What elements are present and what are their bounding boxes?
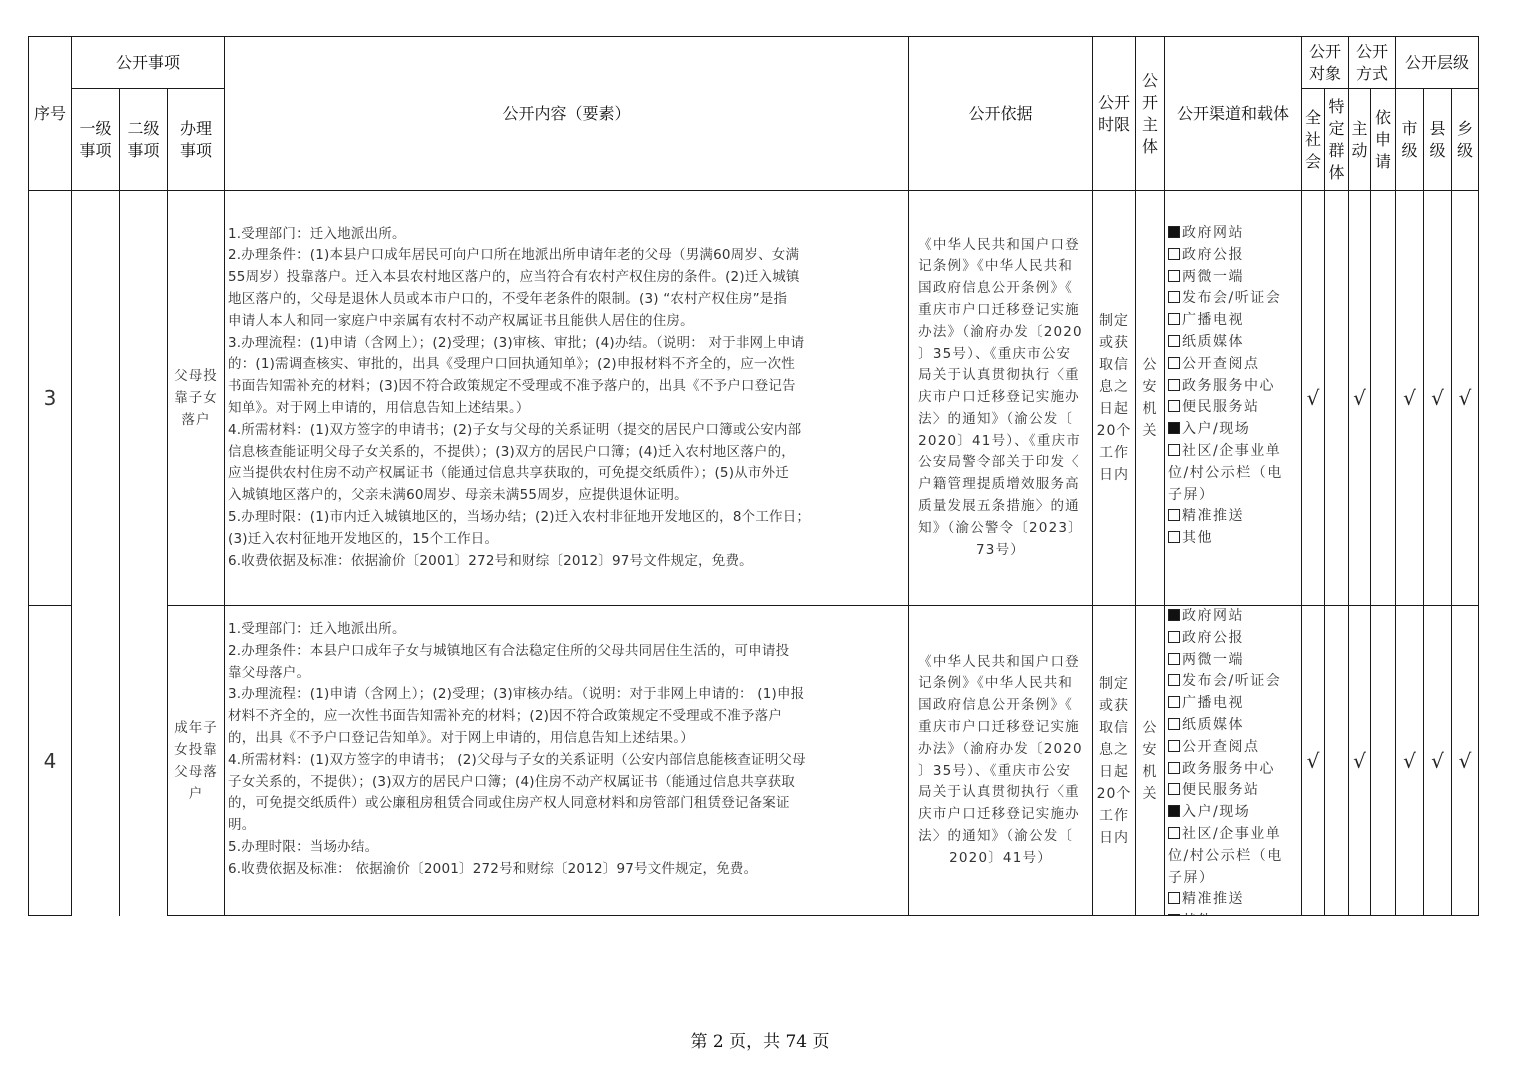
text-line: 6.收费依据及标准： 依据渝价〔2001〕272号和财综〔2012〕97号文件规… [228, 859, 905, 881]
text-line: 机 [1143, 398, 1158, 420]
text-line: 办法》（渝府办发〔2020 [918, 322, 1083, 344]
text-line: 局关于认真贯彻执行〈重 [918, 365, 1083, 387]
text-line: 庆市户口迁移登记实施办 [918, 387, 1083, 409]
header-tier-town: 乡级 [1451, 88, 1479, 191]
channel-label: 入户/现场 [1182, 804, 1250, 820]
row-3-subject-lines: 公安机关 [1143, 354, 1158, 442]
unchecked-box-icon [1168, 653, 1180, 665]
channel-label: 两微一端 [1182, 652, 1244, 668]
text-line: 质量发展五条措施〉的通 [918, 496, 1083, 518]
channel-label: 政务服务中心 [1182, 378, 1275, 394]
unchecked-box-icon [1168, 631, 1180, 643]
unchecked-box-icon [1168, 914, 1180, 916]
text-line: 或获 [1097, 332, 1132, 354]
channel-option: 两微一端 [1168, 267, 1298, 289]
unchecked-box-icon [1168, 444, 1180, 456]
channel-option: 政府网站 [1168, 223, 1298, 245]
text-line: 的，可免提交纸质件）或公廉租房租赁合同或住房产权人同意材料和房管部门租赁登记备案… [228, 793, 905, 815]
text-line: 子女关系的，不提供）；(3)双方的居民户口簿；(4)住房不动产权属证书（能通过信… [228, 772, 905, 794]
unchecked-box-icon [1168, 696, 1180, 708]
text-line: 2020〕41号） [918, 848, 1083, 870]
header-target: 公开对象 [1301, 36, 1349, 89]
channel-option: 政府公报 [1168, 245, 1298, 267]
text-line: 信息核查能证明父母子女关系的，不提供）；(3)双方的居民户口簿；(4)迁入农村地… [228, 442, 905, 464]
header-handling: 办理事项 [167, 88, 225, 191]
channel-label: 纸质媒体 [1182, 334, 1244, 350]
unchecked-box-icon [1168, 762, 1180, 774]
header-tier-city: 市级 [1395, 88, 1424, 191]
channel-label: 公开查阅点 [1182, 739, 1260, 755]
channel-label: 社区/企事业单位/村公示栏（电子屏） [1168, 826, 1283, 886]
header-method: 公开方式 [1348, 36, 1396, 89]
row-4-method-request [1370, 605, 1396, 916]
text-line: 公 [1143, 354, 1158, 376]
row-4-seq: 4 [28, 605, 72, 916]
row-3-channel-list: 政府网站政府公报两微一端发布会/听证会广播电视纸质媒体公开查阅点政务服务中心便民… [1168, 223, 1298, 550]
channel-label: 精准推送 [1182, 508, 1244, 524]
channel-label: 便民服务站 [1182, 782, 1260, 798]
channel-label: 其他 [1182, 913, 1213, 916]
channel-option: 广播电视 [1168, 310, 1298, 332]
unchecked-box-icon [1168, 248, 1180, 260]
row-3-basis: 《中华人民共和国户口登记条例》《中华人民共和国政府信息公开条例》《重庆市户口迁移… [908, 190, 1093, 606]
channel-option: 两微一端 [1168, 650, 1298, 672]
unchecked-box-icon [1168, 531, 1180, 543]
text-line: 4.所需材料：(1)双方签字的申请书；(2)子女与父母的关系证明（提交的居民户口… [228, 420, 905, 442]
channel-option: 政务服务中心 [1168, 759, 1298, 781]
checked-box-icon [1168, 805, 1180, 817]
channel-label: 广播电视 [1182, 695, 1244, 711]
header-content: 公开内容（要素） [224, 36, 909, 191]
row-3-content: 1.受理部门：迁入地派出所。2.办理条件：(1)本县户口成年居民可向户口所在地派… [224, 190, 909, 606]
text-line: 材料不齐全的，应一次性书面告知需补充的材料；(2)因不符合政策规定不受理或不准予… [228, 706, 905, 728]
header-level1: 一级事项 [71, 88, 120, 191]
header-tier-county: 县级 [1423, 88, 1452, 191]
row-3-content-lines: 1.受理部门：迁入地派出所。2.办理条件：(1)本县户口成年居民可向户口所在地派… [228, 224, 905, 573]
channel-option: 精准推送 [1168, 506, 1298, 528]
header-time-limit: 公开时限 [1092, 36, 1136, 191]
row-4-basis: 《中华人民共和国户口登记条例》《中华人民共和国政府信息公开条例》《重庆市户口迁移… [908, 605, 1093, 916]
unchecked-box-icon [1168, 335, 1180, 347]
text-line: 重庆市户口迁移登记实施 [918, 300, 1083, 322]
text-line: 入城镇地区落户的，父亲未满60周岁、母亲未满55周岁，应提供退休证明。 [228, 485, 905, 507]
row-3-subject: 公安机关 [1135, 190, 1165, 606]
header-tier: 公开层级 [1395, 36, 1479, 89]
text-line: (3)迁入农村征地开发地区的，15个工作日。 [228, 529, 905, 551]
text-line: 〕35号）、《重庆市公安 [918, 761, 1083, 783]
text-line: 申请人本人和同一家庭户中亲属有农村不动产权属证书且能供人居住的住房。 [228, 311, 905, 333]
checked-box-icon [1168, 609, 1180, 621]
channel-label: 政府公报 [1182, 630, 1244, 646]
channel-label: 入户/现场 [1182, 421, 1250, 437]
channel-option: 入户/现场 [1168, 419, 1298, 441]
text-line: 息之 [1097, 376, 1132, 398]
row-3-time-limit-lines: 制定或获取信息之日起20个工作日内 [1097, 310, 1132, 486]
text-line: 息之 [1097, 739, 1132, 761]
channel-option: 便民服务站 [1168, 397, 1298, 419]
row-4-channels: 政府网站政府公报两微一端发布会/听证会广播电视纸质媒体公开查阅点政务服务中心便民… [1164, 605, 1302, 916]
row-3-time-limit: 制定或获取信息之日起20个工作日内 [1092, 190, 1136, 606]
channel-label: 政府网站 [1182, 608, 1244, 624]
text-line: 4.所需材料：(1)双方签字的申请书； (2)父母与子女的关系证明（公安内部信息… [228, 750, 905, 772]
text-line: 关 [1143, 783, 1158, 805]
channel-label: 政务服务中心 [1182, 761, 1275, 777]
text-line: 记条例》《中华人民共和 [918, 673, 1083, 695]
channel-label: 发布会/听证会 [1182, 290, 1281, 306]
disclosure-table: 序号 公开事项 一级事项 二级事项 办理事项 公开内容（要素） 公开依据 公开时… [28, 36, 1479, 916]
channel-label: 其他 [1182, 530, 1213, 546]
text-line: 安 [1143, 739, 1158, 761]
channel-label: 精准推送 [1182, 891, 1244, 907]
channel-option: 政府公报 [1168, 628, 1298, 650]
header-method-request: 依申请 [1370, 88, 1396, 191]
unchecked-box-icon [1168, 509, 1180, 521]
text-line: 55周岁）投靠落户。迁入本县农村地区落户的，应当符合有农村产权住房的条件。(2)… [228, 267, 905, 289]
channel-option: 广播电视 [1168, 693, 1298, 715]
row-4-basis-lines: 《中华人民共和国户口登记条例》《中华人民共和国政府信息公开条例》《重庆市户口迁移… [918, 652, 1083, 870]
text-line: 3.办理流程：(1)申请（含网上）；(2)受理；(3)审核、审批；(4)办结。（… [228, 333, 905, 355]
text-line: 记条例》《中华人民共和 [918, 256, 1083, 278]
row-4-handling: 成年子女投靠父母落户 [167, 605, 225, 916]
text-line: 知》（渝公警令〔2023〕 [918, 518, 1083, 540]
text-line: 73号） [918, 540, 1083, 562]
text-line: 机 [1143, 761, 1158, 783]
channel-option: 精准推送 [1168, 889, 1298, 911]
row-3-tier-city: √ [1395, 190, 1424, 606]
text-line: 安 [1143, 376, 1158, 398]
header-level2: 二级事项 [119, 88, 168, 191]
row-4-target-all: √ [1301, 605, 1325, 916]
channel-option: 入户/现场 [1168, 802, 1298, 824]
channel-label: 两微一端 [1182, 269, 1244, 285]
text-line: 3.办理流程：(1)申请（含网上）；(2)受理；(3)审核办结。（说明：对于非网… [228, 684, 905, 706]
checked-box-icon [1168, 226, 1180, 238]
channel-option: 其他 [1168, 528, 1298, 550]
text-line: 关 [1143, 420, 1158, 442]
text-line: 国政府信息公开条例》《 [918, 695, 1083, 717]
text-line: 6.收费依据及标准：依据渝价〔2001〕272号和财综〔2012〕97号文件规定… [228, 551, 905, 573]
page-number: 第 2 页，共 74 页 [0, 1027, 1520, 1052]
text-line: 知单》。对于网上申请的，用信息告知上述结果。） [228, 398, 905, 420]
row-4-subject: 公安机关 [1135, 605, 1165, 916]
unchecked-box-icon [1168, 313, 1180, 325]
text-line: 的，出具《不予户口登记告知单》。对于网上申请的，用信息告知上述结果。） [228, 728, 905, 750]
text-line: 重庆市户口迁移登记实施 [918, 717, 1083, 739]
channel-label: 发布会/听证会 [1182, 673, 1281, 689]
channel-option: 社区/企事业单位/村公示栏（电子屏） [1168, 441, 1298, 506]
row-3-target-specific [1324, 190, 1349, 606]
unchecked-box-icon [1168, 400, 1180, 412]
row-3-method-request [1370, 190, 1396, 606]
level2-merged-cell [119, 190, 168, 916]
channel-label: 政府公报 [1182, 247, 1244, 263]
channel-option: 公开查阅点 [1168, 737, 1298, 759]
header-basis: 公开依据 [908, 36, 1093, 191]
text-line: 5.办理时限：(1)市内迁入城镇地区的，当场办结；(2)迁入农村非征地开发地区的… [228, 507, 905, 529]
text-line: 2.办理条件：(1)本县户口成年居民可向户口所在地派出所申请年老的父母（男满60… [228, 245, 905, 267]
text-line: 2020〕41号）、《重庆市 [918, 431, 1083, 453]
header-target-all: 全社会 [1301, 88, 1325, 191]
text-line: 日内 [1097, 464, 1132, 486]
channel-option: 政府网站 [1168, 606, 1298, 628]
row-3-tier-town: √ [1451, 190, 1479, 606]
text-line: 国政府信息公开条例》《 [918, 278, 1083, 300]
text-line: 地区落户的，父母是退休人员或本市户口的，不受年老条件的限制。(3) “农村产权住… [228, 289, 905, 311]
text-line: 的：(1)需调查核实、审批的，出具《受理户口回执通知单》；(2)申报材料不齐全的… [228, 354, 905, 376]
channel-label: 社区/企事业单位/村公示栏（电子屏） [1168, 443, 1283, 503]
header-channels: 公开渠道和载体 [1164, 36, 1302, 191]
row-4-tier-county: √ [1423, 605, 1452, 916]
row-3-seq: 3 [28, 190, 72, 606]
unchecked-box-icon [1168, 892, 1180, 904]
text-line: 法〉的通知》（渝公发〔 [918, 826, 1083, 848]
channel-label: 广播电视 [1182, 312, 1244, 328]
channel-option: 社区/企事业单位/村公示栏（电子屏） [1168, 824, 1298, 889]
text-line: 公 [1143, 717, 1158, 739]
unchecked-box-icon [1168, 357, 1180, 369]
unchecked-box-icon [1168, 379, 1180, 391]
channel-option: 其他 [1168, 911, 1298, 916]
text-line: 公安局警令部关于印发〈 [918, 452, 1083, 474]
text-line: 日起 [1097, 398, 1132, 420]
unchecked-box-icon [1168, 827, 1180, 839]
row-4-method-active: √ [1348, 605, 1371, 916]
text-line: 《中华人民共和国户口登 [918, 235, 1083, 257]
row-4-content: 1.受理部门：迁入地派出所。2.办理条件：本县户口成年子女与城镇地区有合法稳定住… [224, 605, 909, 916]
text-line: 工作 [1097, 805, 1132, 827]
text-line: 明。 [228, 815, 905, 837]
header-method-active: 主动 [1348, 88, 1371, 191]
text-line: 户籍管理提质增效服务高 [918, 474, 1083, 496]
channel-option: 政务服务中心 [1168, 376, 1298, 398]
unchecked-box-icon [1168, 783, 1180, 795]
text-line: 5.办理时限：当场办结。 [228, 837, 905, 859]
row-3-method-active: √ [1348, 190, 1371, 606]
row-4-channel-list: 政府网站政府公报两微一端发布会/听证会广播电视纸质媒体公开查阅点政务服务中心便民… [1168, 606, 1298, 916]
channel-option: 纸质媒体 [1168, 715, 1298, 737]
text-line: 1.受理部门：迁入地派出所。 [228, 619, 905, 641]
unchecked-box-icon [1168, 740, 1180, 752]
text-line: 靠父母落户。 [228, 663, 905, 685]
unchecked-box-icon [1168, 270, 1180, 282]
row-3-channels: 政府网站政府公报两微一端发布会/听证会广播电视纸质媒体公开查阅点政务服务中心便民… [1164, 190, 1302, 606]
text-line: 工作 [1097, 442, 1132, 464]
text-line: 制定 [1097, 310, 1132, 332]
text-line: 取信 [1097, 354, 1132, 376]
unchecked-box-icon [1168, 718, 1180, 730]
text-line: 制定 [1097, 673, 1132, 695]
channel-label: 便民服务站 [1182, 399, 1260, 415]
text-line: 〕35号）、《重庆市公安 [918, 344, 1083, 366]
row-3-basis-lines: 《中华人民共和国户口登记条例》《中华人民共和国政府信息公开条例》《重庆市户口迁移… [918, 235, 1083, 562]
text-line: 或获 [1097, 695, 1132, 717]
channel-option: 便民服务站 [1168, 780, 1298, 802]
row-4-tier-city: √ [1395, 605, 1424, 916]
text-line: 办法》（渝府办发〔2020 [918, 739, 1083, 761]
channel-option: 公开查阅点 [1168, 354, 1298, 376]
text-line: 2.办理条件：本县户口成年子女与城镇地区有合法稳定住所的父母共同居住生活的，可申… [228, 641, 905, 663]
row-3-handling: 父母投靠子女落户 [167, 190, 225, 606]
channel-label: 公开查阅点 [1182, 356, 1260, 372]
header-target-specific: 特定群体 [1324, 88, 1349, 191]
text-line: 取信 [1097, 717, 1132, 739]
text-line: 局关于认真贯彻执行〈重 [918, 782, 1083, 804]
row-4-tier-town: √ [1451, 605, 1479, 916]
row-3-target-all: √ [1301, 190, 1325, 606]
text-line: 《中华人民共和国户口登 [918, 652, 1083, 674]
unchecked-box-icon [1168, 674, 1180, 686]
header-seq: 序号 [28, 36, 72, 191]
row-4-target-specific [1324, 605, 1349, 916]
text-line: 日内 [1097, 827, 1132, 849]
channel-option: 发布会/听证会 [1168, 288, 1298, 310]
channel-label: 纸质媒体 [1182, 717, 1244, 733]
level1-merged-cell [71, 190, 120, 916]
text-line: 书面告知需补充的材料；(3)因不符合政策规定不受理或不准予落户的，出具《不予户口… [228, 376, 905, 398]
header-public-item: 公开事项 [71, 36, 225, 89]
text-line: 日起 [1097, 761, 1132, 783]
text-line: 20个 [1097, 420, 1132, 442]
text-line: 法〉的通知》（渝公发〔 [918, 409, 1083, 431]
row-4-time-limit-lines: 制定或获取信息之日起20个工作日内 [1097, 673, 1132, 849]
channel-label: 政府网站 [1182, 225, 1244, 241]
text-line: 20个 [1097, 783, 1132, 805]
row-4-subject-lines: 公安机关 [1143, 717, 1158, 805]
row-4-time-limit: 制定或获取信息之日起20个工作日内 [1092, 605, 1136, 916]
checked-box-icon [1168, 422, 1180, 434]
row-4-content-lines: 1.受理部门：迁入地派出所。2.办理条件：本县户口成年子女与城镇地区有合法稳定住… [228, 619, 905, 881]
text-line: 庆市户口迁移登记实施办 [918, 804, 1083, 826]
header-subject: 公开主体 [1135, 36, 1165, 191]
channel-option: 纸质媒体 [1168, 332, 1298, 354]
row-3-tier-county: √ [1423, 190, 1452, 606]
channel-option: 发布会/听证会 [1168, 671, 1298, 693]
text-line: 应当提供农村住房不动产权属证书（能通过信息共享获取的，可免提交纸质件）；(5)从… [228, 463, 905, 485]
text-line: 1.受理部门：迁入地派出所。 [228, 224, 905, 246]
unchecked-box-icon [1168, 291, 1180, 303]
